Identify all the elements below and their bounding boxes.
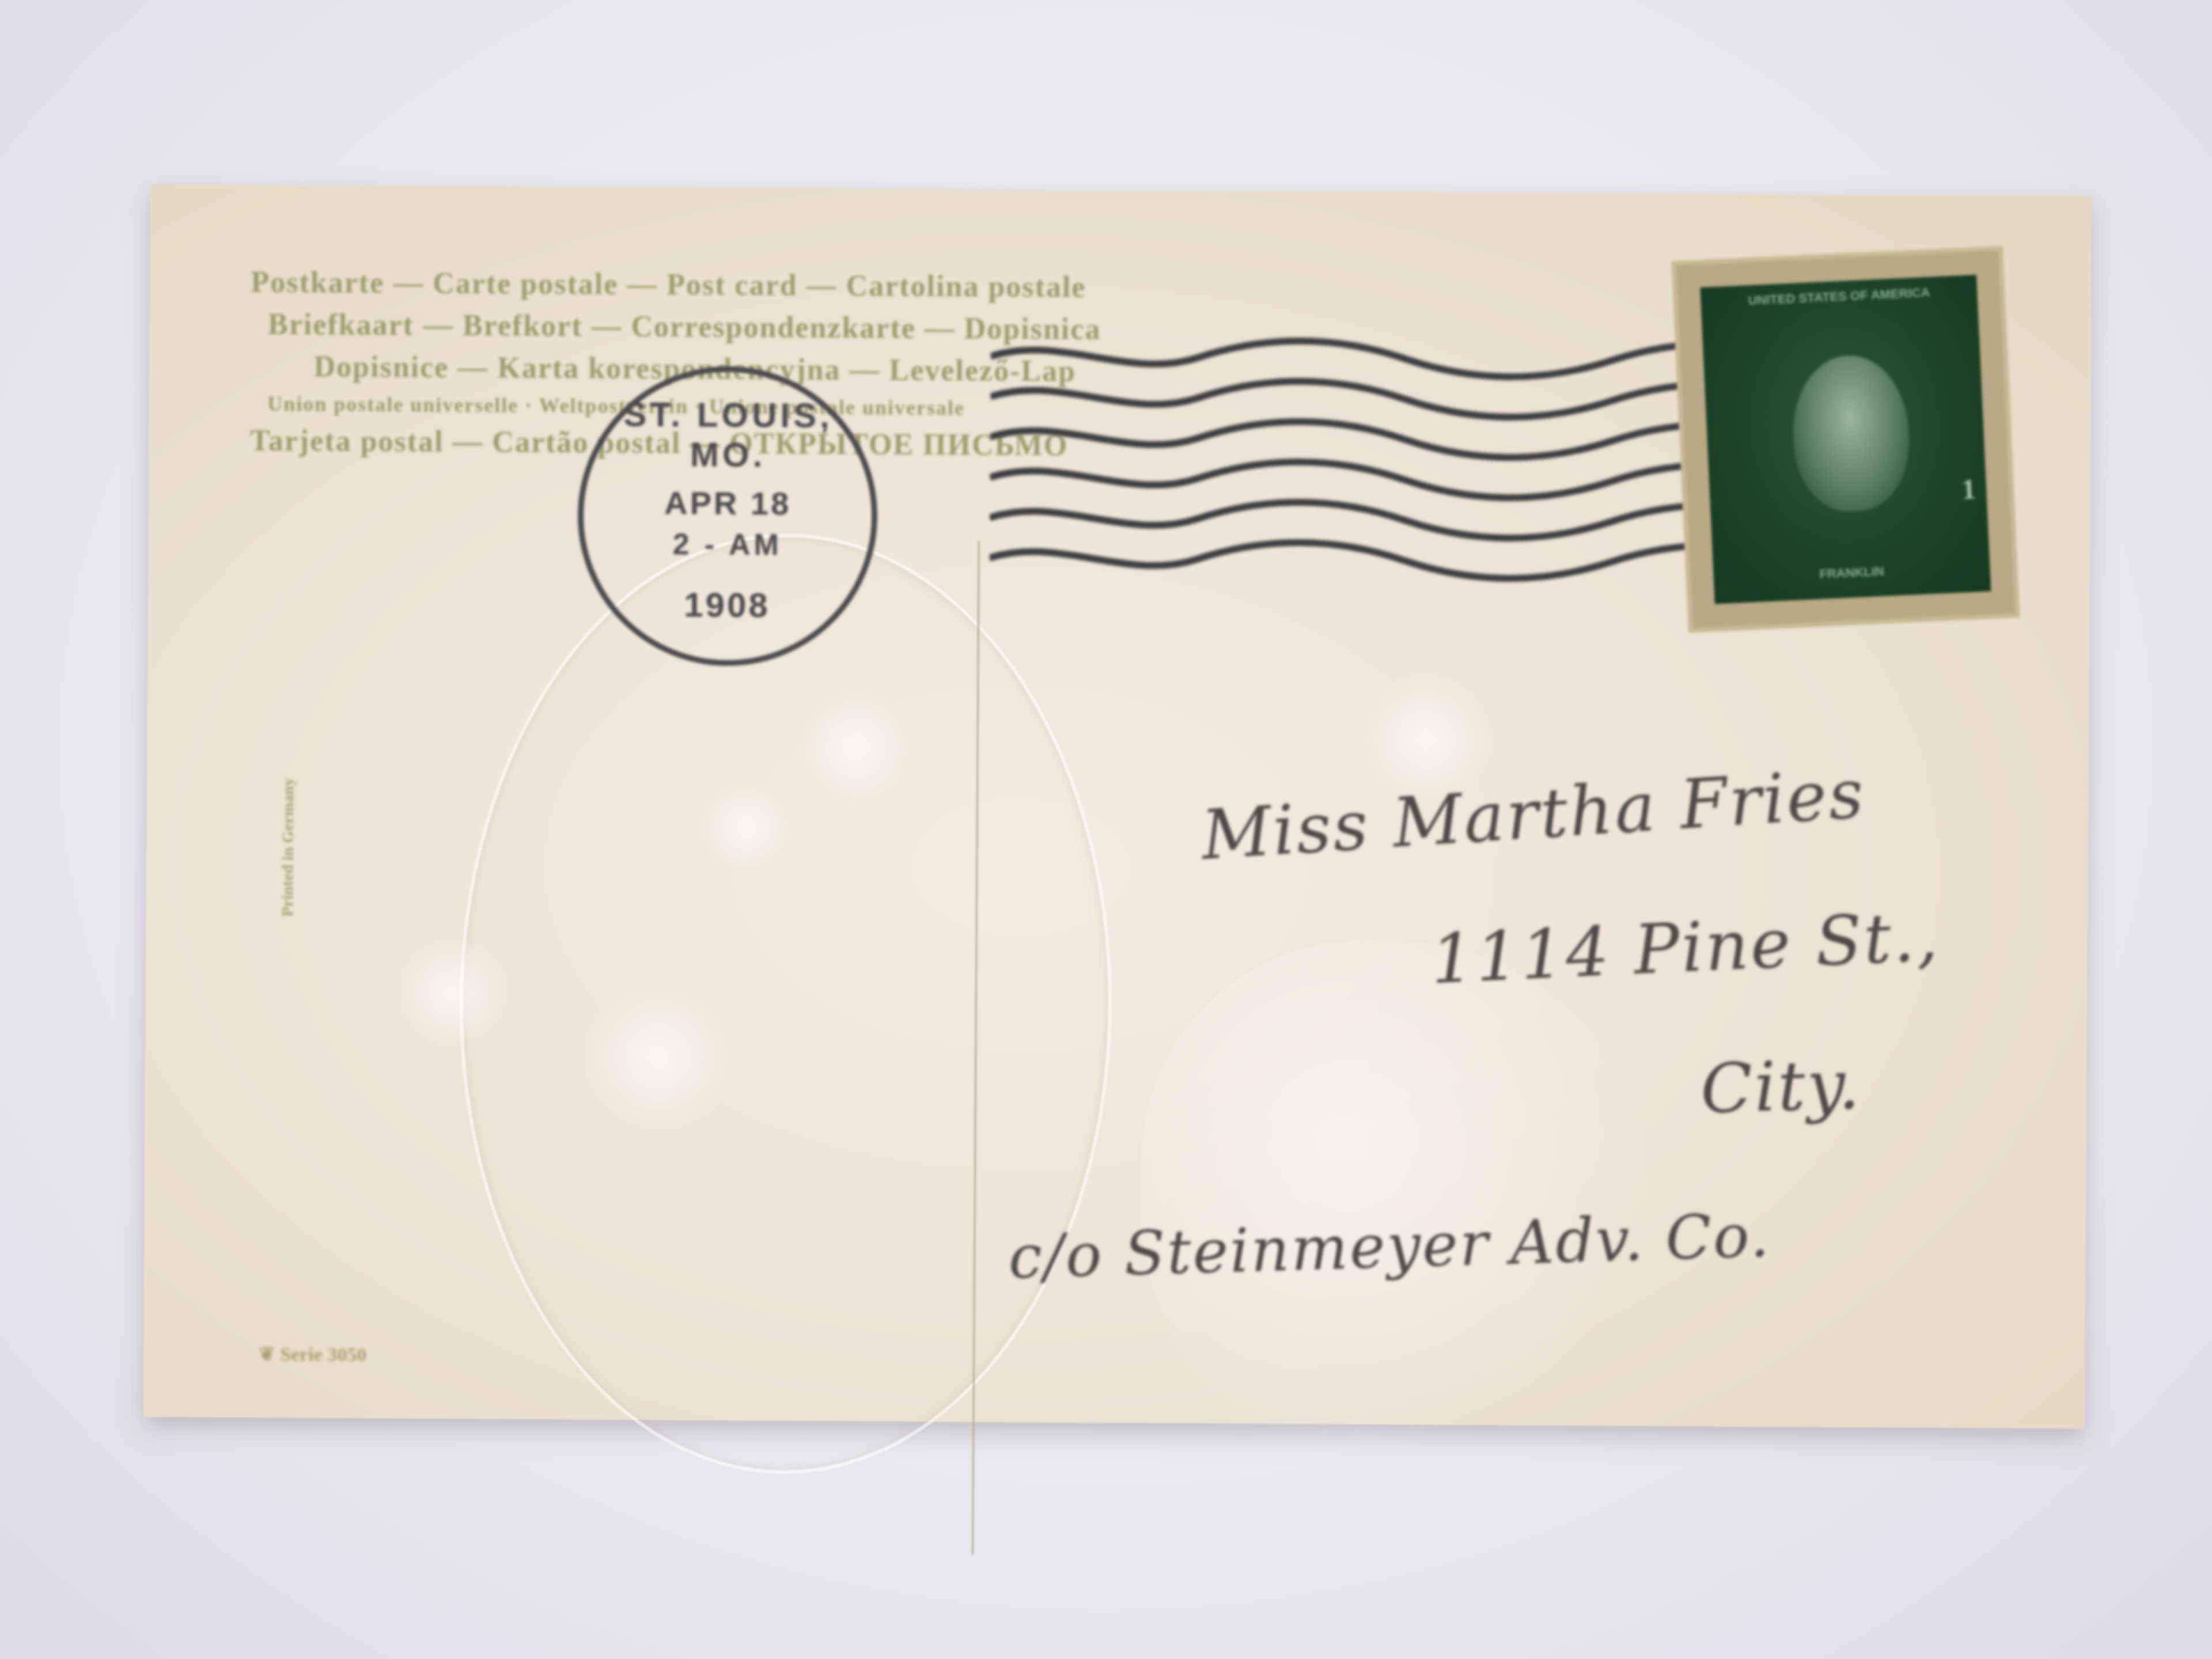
postmark-date: APR 18 — [584, 483, 872, 522]
postage-stamp: UNITED STATES OF AMERICA 1 FRANKLIN — [1676, 251, 2016, 628]
printed-in-germany-text: Printed in Germany — [279, 778, 298, 916]
embossed-oval-frame — [457, 532, 1115, 1476]
stamp-denomination: 1 — [1961, 472, 1977, 506]
publisher-mark: ❦ Serie 3050 — [259, 1343, 366, 1366]
address-care-of: c/o Steinmeyer Adv. Co. — [1007, 1200, 1772, 1293]
embossed-chick — [1139, 939, 1661, 1460]
postmark-year: 1908 — [583, 584, 871, 626]
franklin-portrait-icon — [1790, 353, 1912, 514]
postcard: Postkarte — Carte postale — Post card — … — [143, 184, 2092, 1429]
publisher-logo-icon: ❦ — [259, 1344, 275, 1365]
stamp-engraving: UNITED STATES OF AMERICA 1 FRANKLIN — [1700, 275, 1991, 604]
header-line: Postkarte — Carte postale — Post card — … — [251, 266, 1633, 308]
stamp-country: UNITED STATES OF AMERICA — [1700, 283, 1978, 310]
series-number: Serie 3050 — [280, 1344, 366, 1366]
postmark-city: ST. LOUIS, MO. — [584, 394, 873, 475]
embossed-flower — [583, 982, 734, 1132]
postmark: ST. LOUIS, MO. APR 18 2 - AM 1908 — [577, 365, 878, 666]
embossed-flower — [798, 690, 914, 805]
postmark-time: 2 - AM — [584, 527, 872, 563]
address-city: City. — [1699, 1044, 1862, 1128]
embossed-flower — [699, 781, 792, 874]
address-street: 1114 Pine St., — [1429, 896, 1941, 999]
embossed-flower — [393, 934, 509, 1050]
stamp-subject: FRANKLIN — [1713, 559, 1990, 586]
address-recipient: Miss Martha Fries — [1199, 753, 1868, 875]
